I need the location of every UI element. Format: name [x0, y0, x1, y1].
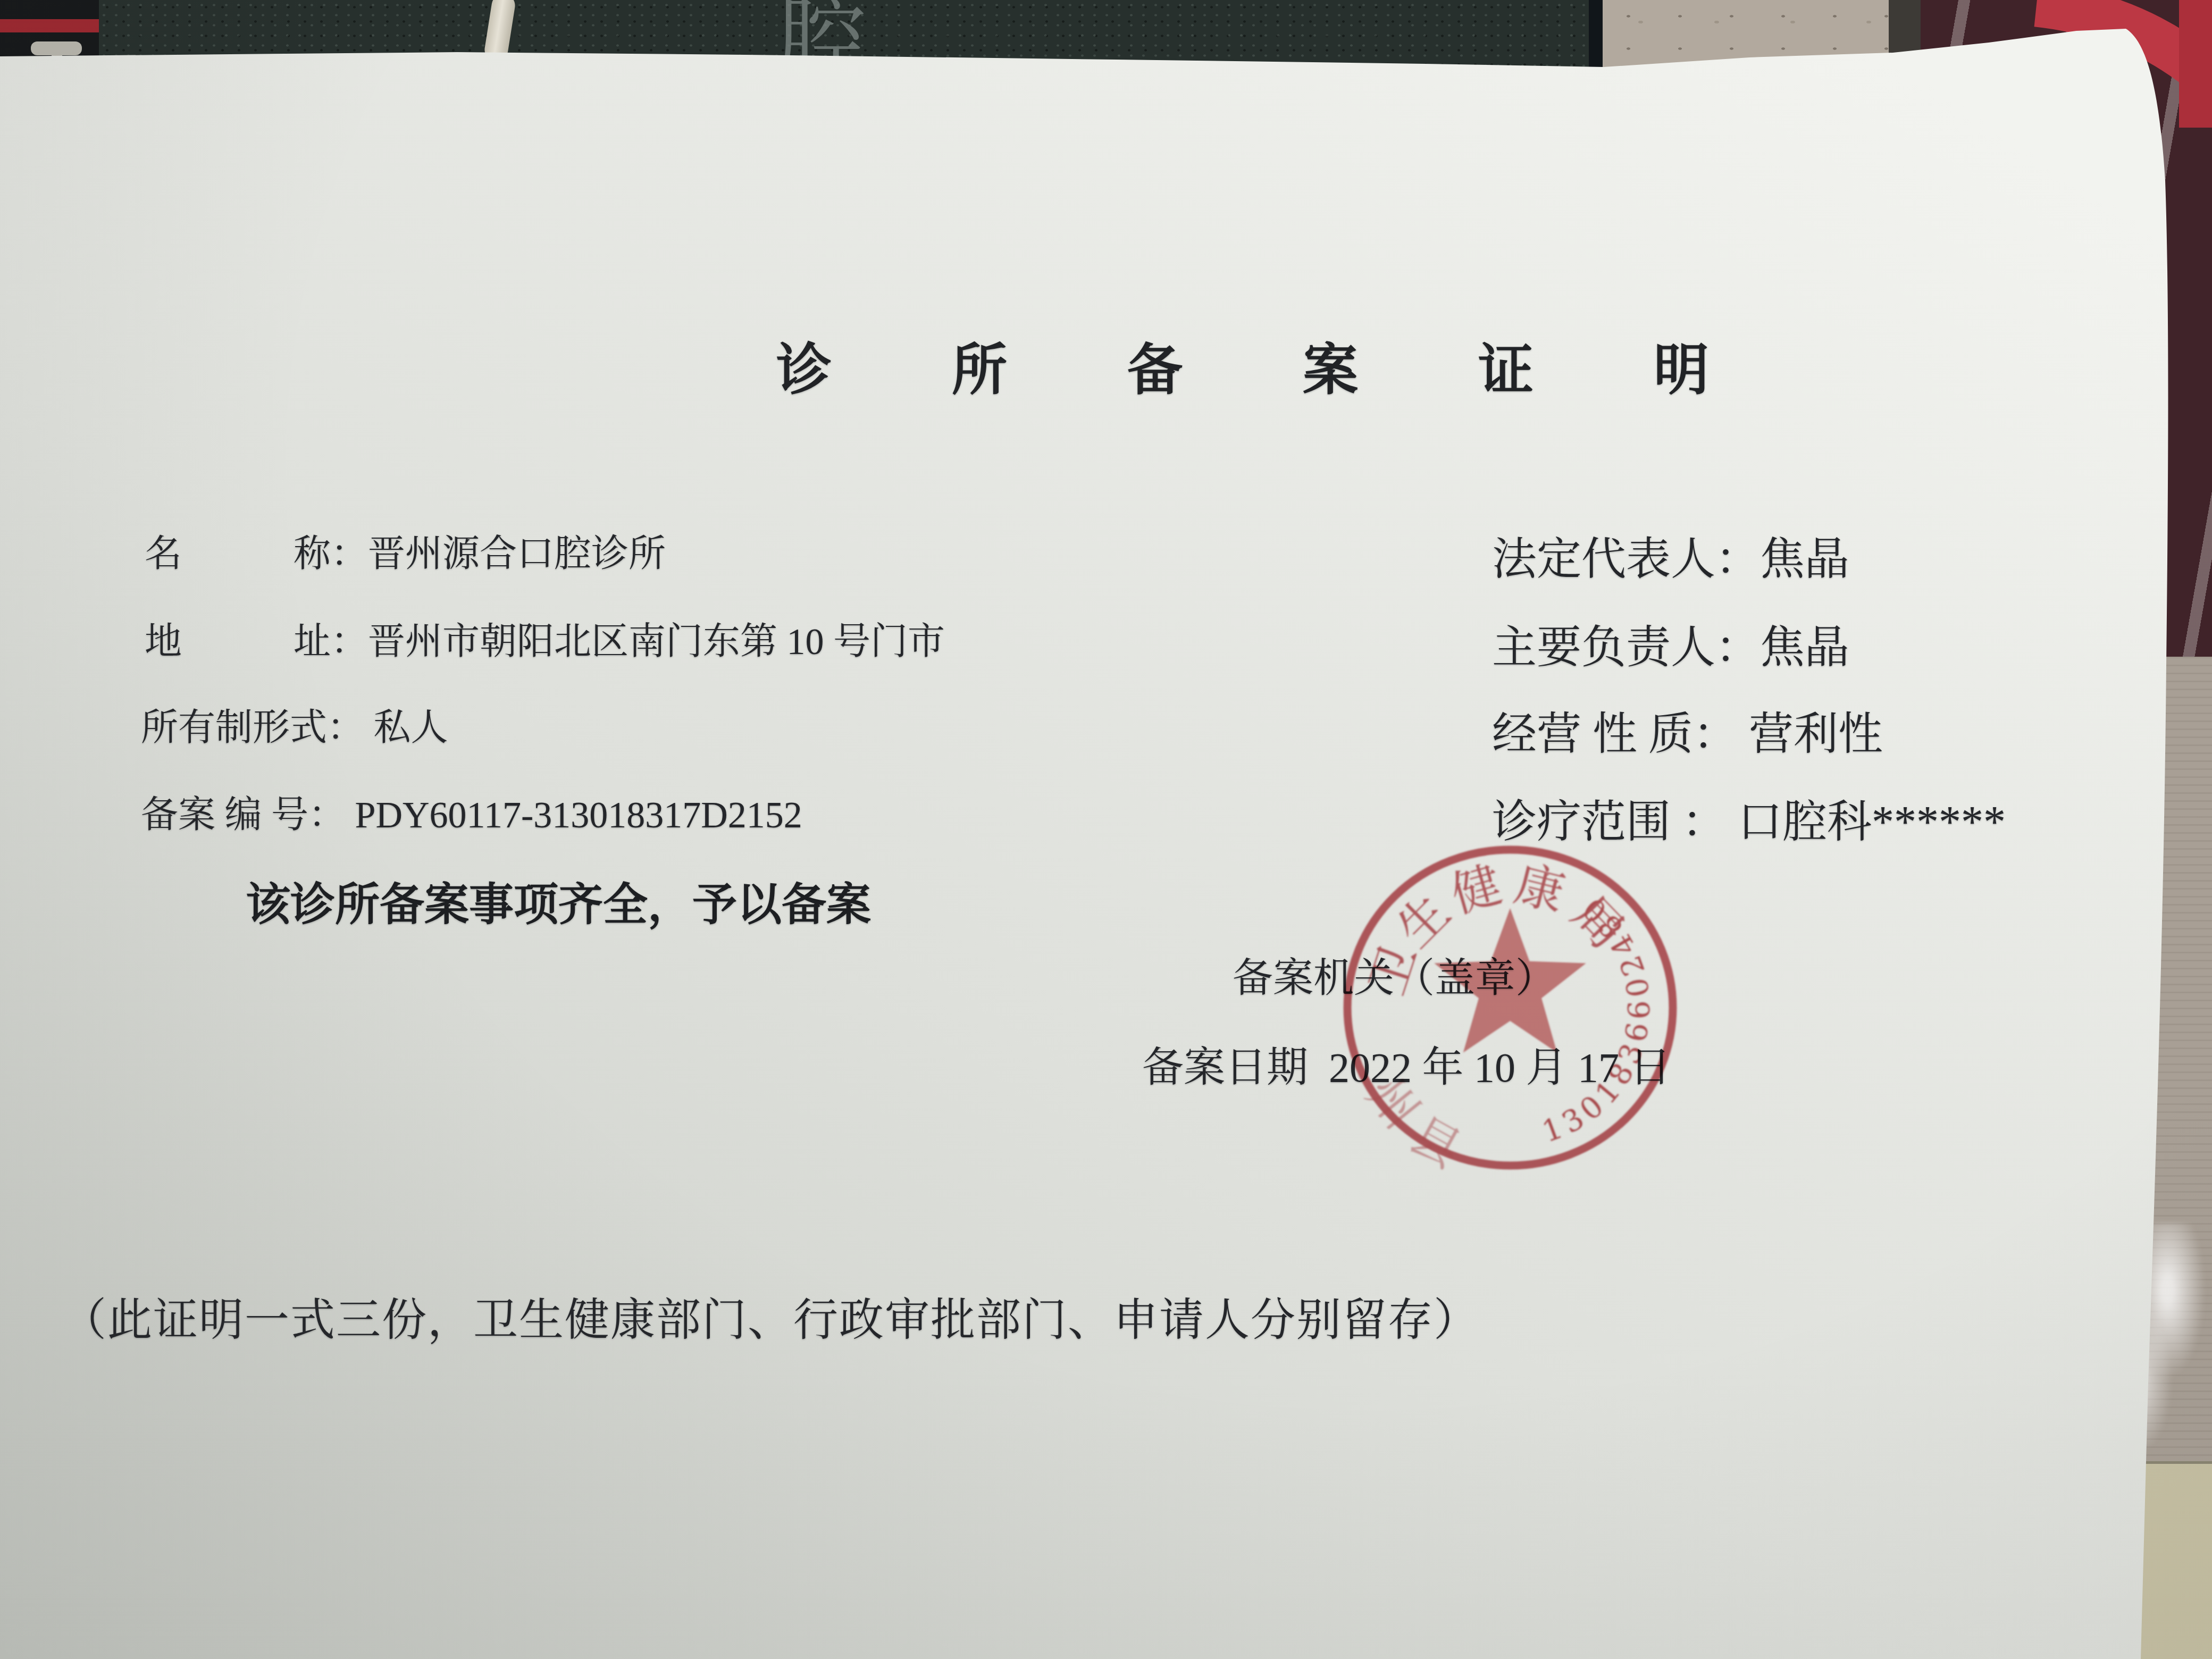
seal-character: 康 — [1510, 857, 1570, 921]
field-principal: 主要负责人：焦晶 — [1492, 611, 1849, 676]
certificate-title: 诊 所 备 案 证 明 — [776, 325, 1762, 405]
field-legal-representative: 法定代表人：焦晶 — [1492, 523, 1849, 588]
approval-statement: 该诊所备案事项齐全，予以备案 — [246, 869, 871, 933]
field-ownership: 所有制形式： 私人 — [141, 698, 448, 751]
field-record-number: 备案 编 号： PDY60117-313018317D2152 — [141, 785, 802, 839]
field-name: 名 称：晋州源合口腔诊所 — [145, 524, 666, 577]
seal-character: 健 — [1445, 857, 1507, 923]
seal-star-icon — [1434, 908, 1586, 1052]
red-corner-blob — [2179, 0, 2212, 128]
footer-note: （此证明一式三份，卫生健康部门、行政审批部门、申请人分别留存） — [62, 1284, 1479, 1348]
field-business-nature: 经营 性 质： 营利性 — [1492, 698, 1883, 763]
official-seal: 卫生健康局州县 1301836602480 — [1308, 806, 1712, 1210]
photo-scene: 腔 诊 所 备 案 证 明 名 称：晋州源合口腔诊所 地 址：晋州市朝阳北区南门… — [0, 0, 2212, 1659]
field-address: 地 址：晋州市朝阳北区南门东第 10 号门市 — [145, 611, 945, 665]
